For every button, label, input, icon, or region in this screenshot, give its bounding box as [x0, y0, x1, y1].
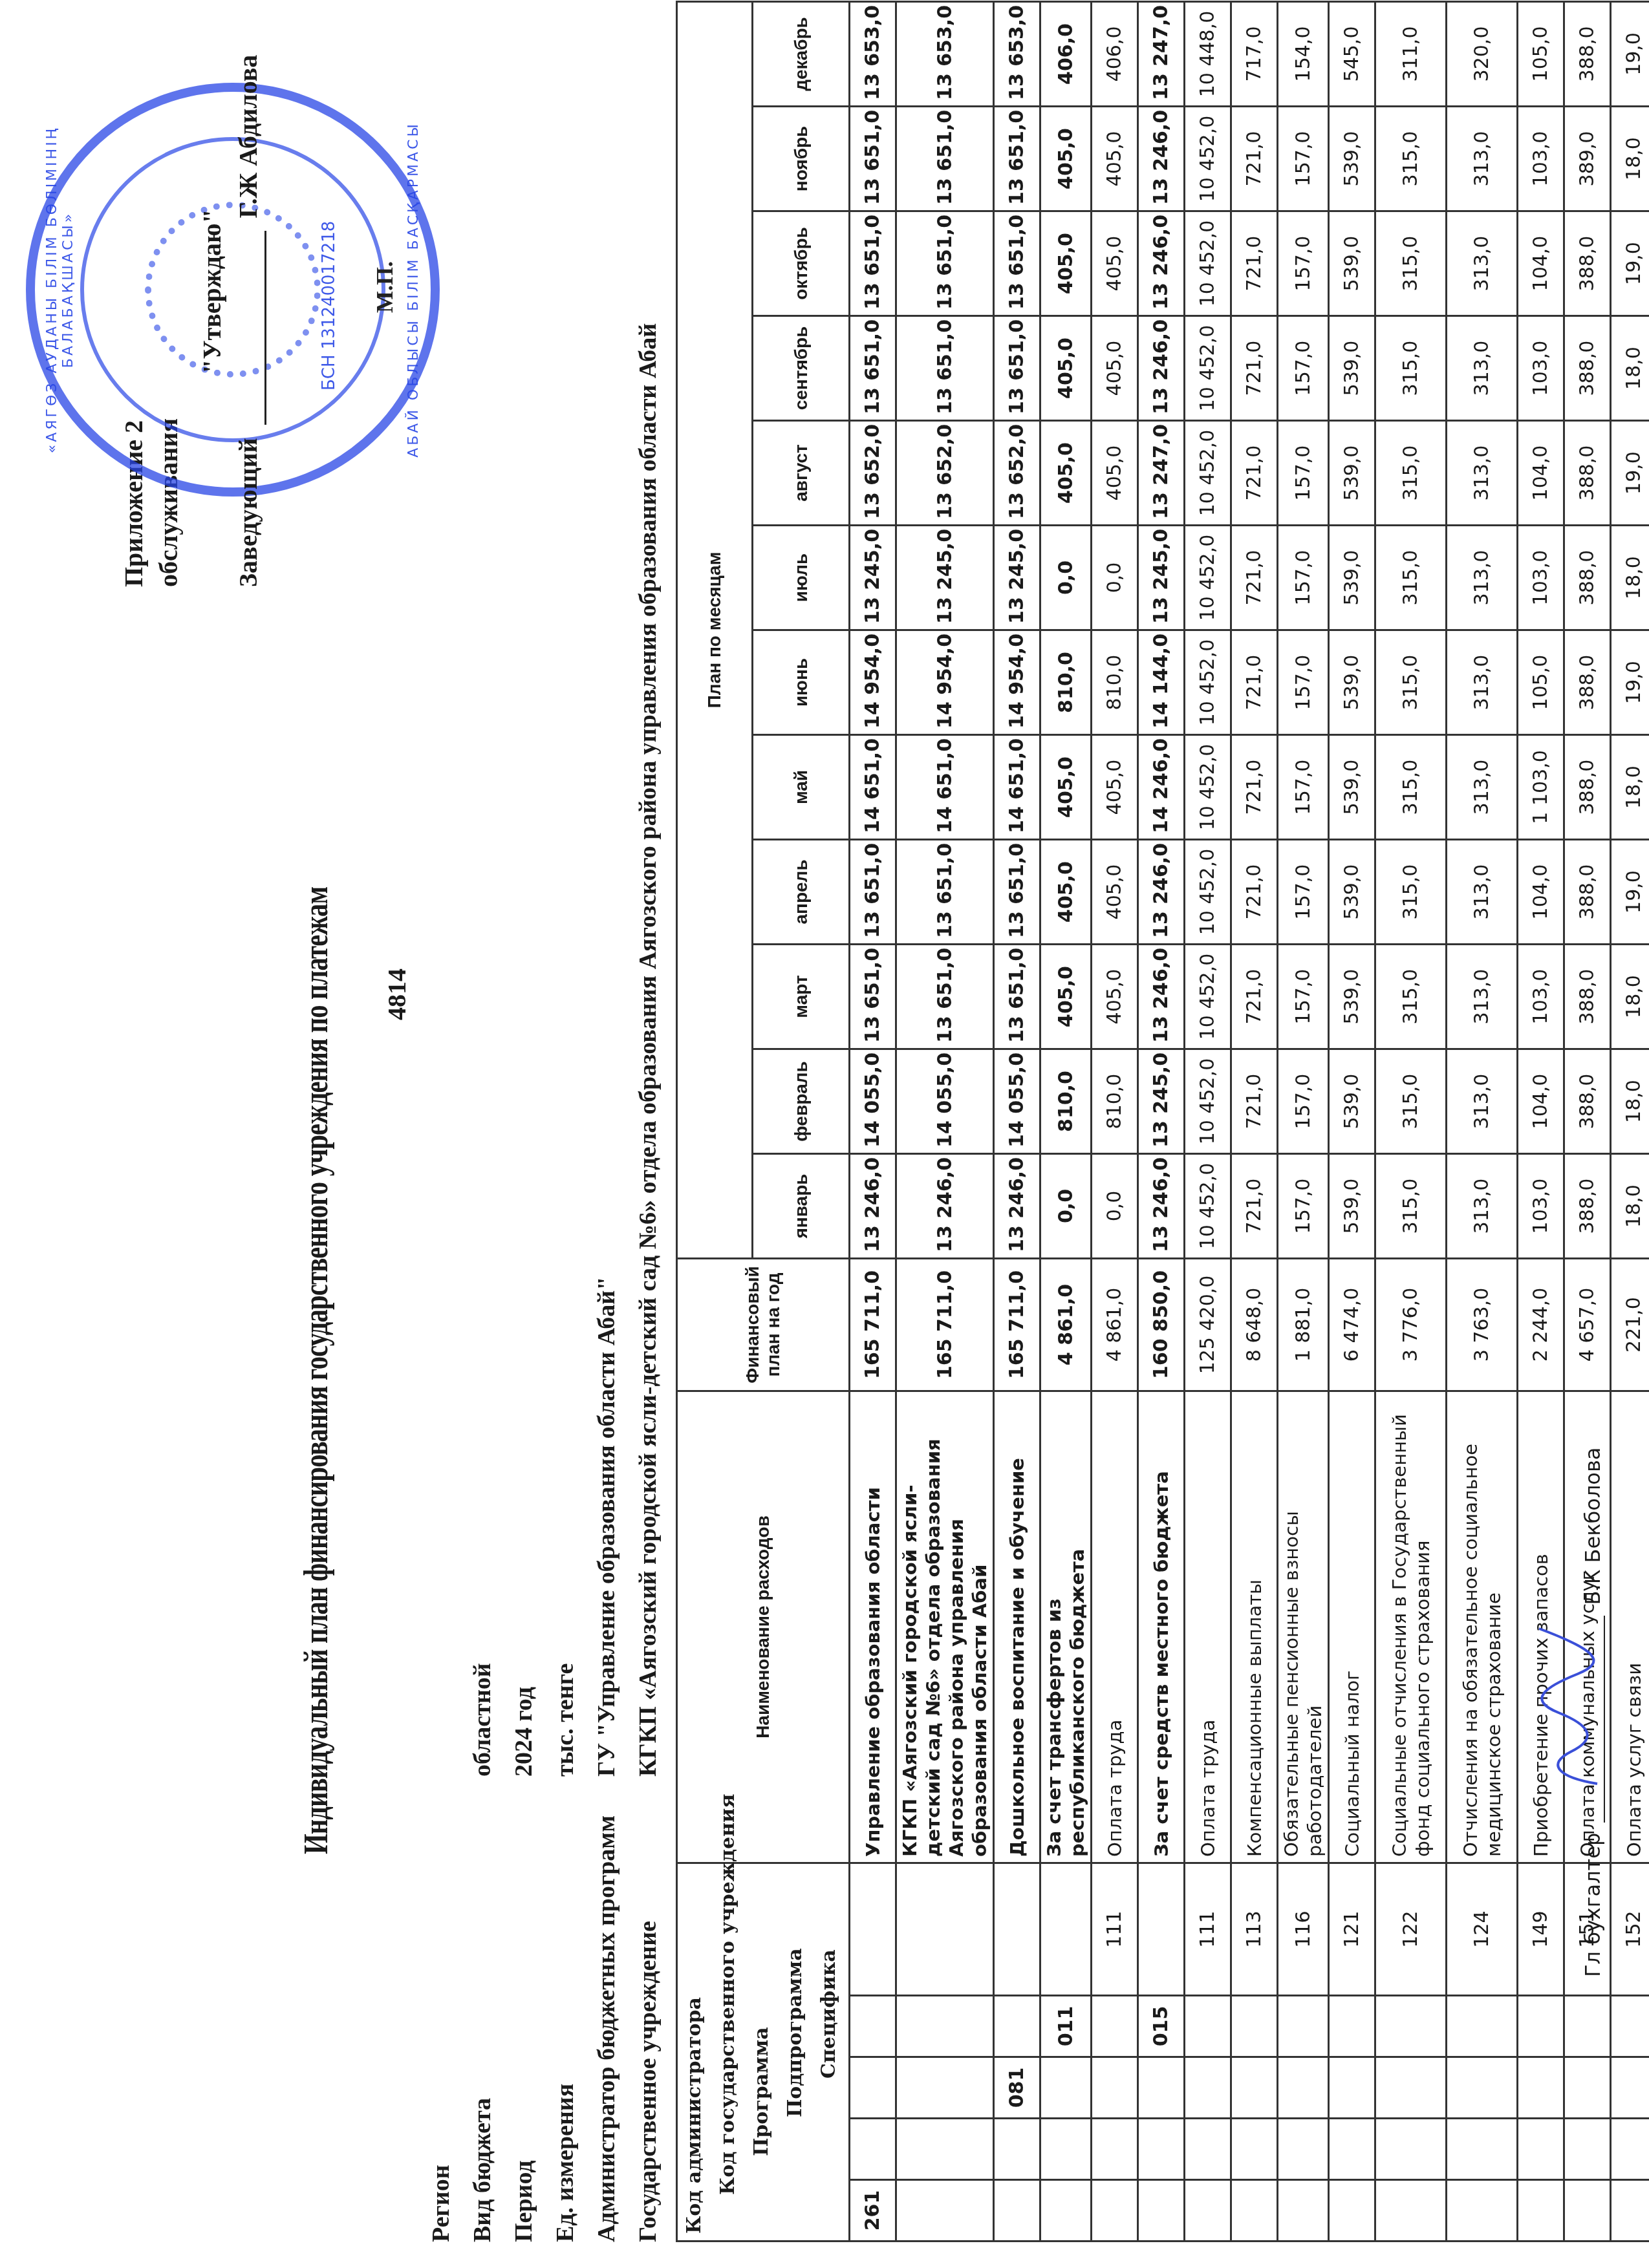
month-value-cell: 539,0 [1329, 525, 1375, 630]
month-value-cell: 13 651,0 [850, 944, 896, 1049]
annual-plan-cell: 6 474,0 [1329, 1258, 1375, 1391]
month-value-cell: 13 651,0 [896, 211, 994, 316]
subprog-code-cell [1185, 1996, 1231, 2057]
month-value-cell: 0,0 [1092, 525, 1138, 630]
prog-code-cell [1138, 2057, 1185, 2119]
month-value-cell: 18,0 [1611, 106, 1649, 211]
stamp-text-bottom: АБАЙ ОБЛЫСЫ БІЛІМ БАСҚАРМАСЫ [405, 92, 422, 487]
meta-row: Вид бюджетаобластной [462, 323, 503, 2242]
admin-code-cell [1611, 2180, 1649, 2241]
prog-code-cell [1040, 2057, 1092, 2119]
month-value-cell: 157,0 [1278, 420, 1329, 525]
month-value-cell: 157,0 [1278, 944, 1329, 1049]
month-value-cell: 405,0 [1092, 106, 1138, 211]
month-value-cell: 104,0 [1518, 1049, 1564, 1153]
expense-name-cell: Компенсационные выплаты [1231, 1391, 1278, 1863]
month-value-cell: 13 245,0 [1138, 1049, 1185, 1153]
month-value-cell: 313,0 [1447, 106, 1518, 211]
month-value-cell: 405,0 [1092, 944, 1138, 1049]
meta-value: тыс. тенге [551, 1664, 579, 1777]
month-header: апрель [753, 839, 850, 944]
month-value-cell: 388,0 [1564, 839, 1611, 944]
month-value-cell: 405,0 [1092, 734, 1138, 839]
month-value-cell: 13 245,0 [850, 525, 896, 630]
month-value-cell: 19,0 [1611, 420, 1649, 525]
month-value-cell: 13 245,0 [1138, 525, 1185, 630]
prog-code-cell [1611, 2057, 1649, 2119]
spec-code-cell: 111 [1185, 1863, 1231, 1995]
head-name: Г.Ж Абдилова [233, 55, 263, 219]
month-value-cell: 721,0 [1231, 106, 1278, 211]
annual-plan-cell: 3 776,0 [1375, 1258, 1447, 1391]
month-value-cell: 389,0 [1564, 106, 1611, 211]
month-value-cell: 721,0 [1231, 211, 1278, 316]
month-value-cell: 157,0 [1278, 1153, 1329, 1258]
month-value-cell: 103,0 [1518, 944, 1564, 1049]
month-value-cell: 13 651,0 [896, 944, 994, 1049]
month-value-cell: 18,0 [1611, 1153, 1649, 1258]
month-value-cell: 315,0 [1375, 211, 1447, 316]
month-value-cell: 721,0 [1231, 525, 1278, 630]
month-value-cell: 10 452,0 [1185, 630, 1231, 734]
month-value-cell: 13 246,0 [1138, 211, 1185, 316]
month-value-cell: 13 652,0 [850, 420, 896, 525]
month-value-cell: 545,0 [1329, 1, 1375, 106]
month-value-cell: 0,0 [1040, 1153, 1092, 1258]
month-value-cell: 717,0 [1231, 1, 1278, 106]
meta-value: ГУ "Управление образования области Абай" [592, 1277, 621, 1777]
month-value-cell: 13 651,0 [896, 106, 994, 211]
month-value-cell: 315,0 [1375, 1153, 1447, 1258]
table-row: 122Социальные отчисления в Государственн… [1375, 1, 1447, 2241]
admin-code-cell [1092, 2180, 1138, 2241]
month-value-cell: 405,0 [1040, 211, 1092, 316]
month-value-cell: 157,0 [1278, 839, 1329, 944]
table-row: 152Оплата услуг связи221,018,018,018,019… [1611, 1, 1649, 2241]
month-value-cell: 313,0 [1447, 734, 1518, 839]
table-row: 111Оплата труда125 420,010 452,010 452,0… [1185, 1, 1231, 2241]
month-value-cell: 721,0 [1231, 630, 1278, 734]
month-value-cell: 105,0 [1518, 1, 1564, 106]
month-value-cell: 104,0 [1518, 839, 1564, 944]
month-value-cell: 313,0 [1447, 420, 1518, 525]
month-value-cell: 14 055,0 [896, 1049, 994, 1153]
subprog-code-cell [1611, 1996, 1649, 2057]
month-value-cell: 721,0 [1231, 734, 1278, 839]
month-value-cell: 405,0 [1040, 316, 1092, 420]
month-value-cell: 13 651,0 [850, 106, 896, 211]
month-value-cell: 14 055,0 [994, 1049, 1040, 1153]
month-value-cell: 10 452,0 [1185, 316, 1231, 420]
subprogram-header: Подпрограмма [779, 1864, 812, 2240]
annual-plan-cell: 221,0 [1611, 1258, 1649, 1391]
expense-name-cell: Отчисления на обязательное социальное ме… [1447, 1391, 1518, 1863]
month-value-cell: 14 144,0 [1138, 630, 1185, 734]
month-value-cell: 315,0 [1375, 944, 1447, 1049]
month-value-cell: 13 651,0 [850, 316, 896, 420]
accountant-label: Гл бухгалтер [1580, 1833, 1605, 1977]
month-value-cell: 313,0 [1447, 944, 1518, 1049]
month-value-cell: 157,0 [1278, 734, 1329, 839]
prog-code-cell [1375, 2057, 1447, 2119]
admin-code-cell [1564, 2180, 1611, 2241]
month-value-cell: 13 651,0 [994, 944, 1040, 1049]
expense-name-cell: Дошкольное воспитание и обучение [994, 1391, 1040, 1863]
month-value-cell: 104,0 [1518, 211, 1564, 316]
month-value-cell: 315,0 [1375, 420, 1447, 525]
month-value-cell: 19,0 [1611, 630, 1649, 734]
month-value-cell: 103,0 [1518, 106, 1564, 211]
annual-plan-cell: 165 711,0 [850, 1258, 896, 1391]
month-value-cell: 320,0 [1447, 1, 1518, 106]
inst-code-cell [850, 2119, 896, 2180]
month-value-cell: 14 651,0 [994, 734, 1040, 839]
inst-code-cell [1375, 2119, 1447, 2180]
month-value-cell: 315,0 [1375, 525, 1447, 630]
month-value-cell: 810,0 [1040, 630, 1092, 734]
table-row: КГКП «Аягозский городской ясли-детский с… [896, 1, 994, 2241]
month-value-cell: 13 246,0 [1138, 839, 1185, 944]
month-value-cell: 13 651,0 [994, 316, 1040, 420]
month-value-cell: 406,0 [1092, 1, 1138, 106]
month-value-cell: 388,0 [1564, 525, 1611, 630]
month-value-cell: 13 651,0 [850, 211, 896, 316]
meta-row: Государственное учреждениеКГКП «Аягозски… [627, 323, 669, 2242]
approved-label: "Утверждаю" [194, 55, 230, 587]
prog-code-cell [896, 2057, 994, 2119]
month-value-cell: 315,0 [1375, 1049, 1447, 1153]
subprog-code-cell [1564, 1996, 1611, 2057]
meta-row: Регион [420, 323, 462, 2242]
month-value-cell: 311,0 [1375, 1, 1447, 106]
month-value-cell: 10 452,0 [1185, 734, 1231, 839]
head-signature-line [264, 231, 266, 425]
meta-row: Ед. измерениятыс. тенге [544, 323, 586, 2242]
prog-code-cell [1092, 2057, 1138, 2119]
month-value-cell: 13 653,0 [896, 1, 994, 106]
month-value-cell: 810,0 [1092, 1049, 1138, 1153]
inst-code-cell [1138, 2119, 1185, 2180]
subprog-code-cell [850, 1996, 896, 2057]
table-row: 015За счет средств местного бюджета160 8… [1138, 1, 1185, 2241]
document-code: 4814 [382, 968, 412, 1020]
month-value-cell: 1 103,0 [1518, 734, 1564, 839]
inst-code-cell [1447, 2119, 1518, 2180]
month-value-cell: 539,0 [1329, 211, 1375, 316]
month-value-cell: 810,0 [1092, 630, 1138, 734]
stamp-text-top: «АЯГӨЗ АУДАНЫ БІЛІМ БӨЛІМІНІҢ БАЛАБАҚШАС… [44, 92, 76, 487]
month-value-cell: 13 246,0 [896, 1153, 994, 1258]
month-value-cell: 388,0 [1564, 1049, 1611, 1153]
subprog-code-cell: 015 [1138, 1996, 1185, 2057]
month-value-cell: 315,0 [1375, 316, 1447, 420]
annual-plan-cell: 4 657,0 [1564, 1258, 1611, 1391]
month-value-cell: 313,0 [1447, 839, 1518, 944]
month-value-cell: 13 246,0 [994, 1153, 1040, 1258]
table-row: 149Приобретение прочих запасов2 244,0103… [1518, 1, 1564, 2241]
inst-code-cell [896, 2119, 994, 2180]
month-value-cell: 157,0 [1278, 316, 1329, 420]
spec-code-cell: 122 [1375, 1863, 1447, 1995]
month-value-cell: 388,0 [1564, 420, 1611, 525]
meta-label: Период [510, 1777, 538, 2242]
spec-code-cell [896, 1863, 994, 1995]
admin-code-cell [1040, 2180, 1092, 2241]
month-value-cell: 388,0 [1564, 734, 1611, 839]
month-value-cell: 13 247,0 [1138, 420, 1185, 525]
month-header: май [753, 734, 850, 839]
month-value-cell: 405,0 [1040, 420, 1092, 525]
month-value-cell: 313,0 [1447, 1153, 1518, 1258]
meta-label: Вид бюджета [468, 1777, 497, 2242]
subprog-code-cell [994, 1996, 1040, 2057]
document-meta: РегионВид бюджетаобластнойПериод2024 год… [420, 323, 669, 2242]
inst-code-cell [1092, 2119, 1138, 2180]
month-value-cell: 10 452,0 [1185, 525, 1231, 630]
expense-name-cell: Управление образования области [850, 1391, 896, 1863]
month-value-cell: 13 652,0 [896, 420, 994, 525]
spec-code-cell [994, 1863, 1040, 1995]
month-value-cell: 105,0 [1518, 630, 1564, 734]
signature-icon [1533, 1616, 1604, 1823]
month-value-cell: 721,0 [1231, 1049, 1278, 1153]
inst-code-cell [1611, 2119, 1649, 2180]
month-value-cell: 18,0 [1611, 316, 1649, 420]
admin-code-cell [1329, 2180, 1375, 2241]
month-header: февраль [753, 1049, 850, 1153]
month-value-cell: 13 246,0 [850, 1153, 896, 1258]
admin-code-cell [1375, 2180, 1447, 2241]
annual-plan-header: Финансовый план на год [677, 1258, 850, 1391]
month-value-cell: 18,0 [1611, 734, 1649, 839]
stamp-mark: М.П. [371, 261, 398, 313]
inst-code-cell [1040, 2119, 1092, 2180]
month-value-cell: 10 452,0 [1185, 211, 1231, 316]
table-row: 121Социальный налог6 474,0539,0539,0539,… [1329, 1, 1375, 2241]
prog-code-cell [1329, 2057, 1375, 2119]
prog-code-cell [1231, 2057, 1278, 2119]
head-title: Заведующий [233, 438, 263, 587]
month-value-cell: 539,0 [1329, 839, 1375, 944]
financing-plan-table: Код администратора Код государственного … [676, 1, 1649, 2242]
month-value-cell: 19,0 [1611, 839, 1649, 944]
month-value-cell: 539,0 [1329, 1153, 1375, 1258]
month-value-cell: 405,0 [1092, 211, 1138, 316]
table-row: 081Дошкольное воспитание и обучение165 7… [994, 1, 1040, 2241]
expense-name-cell: Социальный налог [1329, 1391, 1375, 1863]
spec-code-cell [850, 1863, 896, 1995]
expense-name-cell: Оплата услуг связи [1611, 1391, 1649, 1863]
expense-name-header: Наименование расходов [677, 1391, 850, 1863]
month-value-cell: 10 452,0 [1185, 106, 1231, 211]
table-row: 116Обязательные пенсионные взносы работо… [1278, 1, 1329, 2241]
annual-plan-cell: 1 881,0 [1278, 1258, 1329, 1391]
meta-row: Администратор бюджетных программГУ "Упра… [586, 323, 627, 2242]
month-value-cell: 405,0 [1092, 420, 1138, 525]
subprog-code-cell [1518, 1996, 1564, 2057]
month-value-cell: 14 651,0 [896, 734, 994, 839]
subprog-code-cell [896, 1996, 994, 2057]
month-header: март [753, 944, 850, 1049]
prog-code-cell [1278, 2057, 1329, 2119]
meta-label: Государственное учреждение [634, 1777, 662, 2242]
month-value-cell: 14 651,0 [850, 734, 896, 839]
meta-label: Ед. измерения [551, 1777, 579, 2242]
month-value-cell: 315,0 [1375, 630, 1447, 734]
expense-name-cell: За счет средств местного бюджета [1138, 1391, 1185, 1863]
expense-name-cell: Оплата труда [1092, 1391, 1138, 1863]
month-value-cell: 405,0 [1092, 839, 1138, 944]
month-value-cell: 13 246,0 [1138, 1153, 1185, 1258]
table-row: 124Отчисления на обязательное социальное… [1447, 1, 1518, 2241]
month-value-cell: 157,0 [1278, 211, 1329, 316]
spec-code-cell: 152 [1611, 1863, 1649, 1995]
admin-code-cell [994, 2180, 1040, 2241]
admin-code-cell: 261 [850, 2180, 896, 2241]
month-value-cell: 388,0 [1564, 211, 1611, 316]
admin-code-cell [1447, 2180, 1518, 2241]
month-value-cell: 539,0 [1329, 316, 1375, 420]
month-value-cell: 13 651,0 [994, 106, 1040, 211]
meta-value: КГКП «Аягозский городской ясли-детский с… [634, 323, 662, 1777]
month-value-cell: 315,0 [1375, 839, 1447, 944]
month-header: октябрь [753, 211, 850, 316]
month-header: сентябрь [753, 316, 850, 420]
month-header: ноябрь [753, 106, 850, 211]
month-value-cell: 10 452,0 [1185, 944, 1231, 1049]
spec-code-cell [1040, 1863, 1092, 1995]
annual-plan-cell: 165 711,0 [896, 1258, 994, 1391]
stamp-bin: БСН 131240017218 [319, 221, 339, 390]
month-value-cell: 539,0 [1329, 734, 1375, 839]
expense-name-cell: КГКП «Аягозский городской ясли-детский с… [896, 1391, 994, 1863]
month-value-cell: 721,0 [1231, 944, 1278, 1049]
inst-code-cell [1564, 2119, 1611, 2180]
month-value-cell: 313,0 [1447, 1049, 1518, 1153]
table-row: 113Компенсационные выплаты8 648,0721,072… [1231, 1, 1278, 2241]
codes-header: Код администратора Код государственного … [677, 1863, 850, 2241]
annual-plan-cell: 125 420,0 [1185, 1258, 1231, 1391]
spec-code-cell: 149 [1518, 1863, 1564, 1995]
subprog-code-cell [1231, 1996, 1278, 2057]
month-header: июнь [753, 630, 850, 734]
subprog-code-cell [1447, 1996, 1518, 2057]
inst-code-cell [994, 2119, 1040, 2180]
month-value-cell: 10 452,0 [1185, 420, 1231, 525]
document-sheet: Приложение 2 обслуживания «АЯГӨЗ АУДАНЫ … [0, 0, 1649, 2268]
meta-row: Период2024 год [503, 323, 544, 2242]
spec-code-cell: 124 [1447, 1863, 1518, 1995]
meta-label: Регион [427, 1777, 455, 2242]
month-value-cell: 388,0 [1564, 944, 1611, 1049]
month-value-cell: 313,0 [1447, 525, 1518, 630]
prog-code-cell [1185, 2057, 1231, 2119]
month-value-cell: 388,0 [1564, 630, 1611, 734]
accountant-signature [1578, 1616, 1605, 1823]
approval-block: "Утверждаю" Заведующий Г.Ж Абдилова [194, 55, 266, 587]
month-value-cell: 10 452,0 [1185, 1153, 1231, 1258]
month-value-cell: 13 246,0 [1138, 316, 1185, 420]
month-value-cell: 721,0 [1231, 839, 1278, 944]
prog-code-cell [1447, 2057, 1518, 2119]
month-value-cell: 14 954,0 [896, 630, 994, 734]
admin-code-cell [1231, 2180, 1278, 2241]
expense-name-cell: За счет трансфертов из республиканского … [1040, 1391, 1092, 1863]
month-value-cell: 539,0 [1329, 420, 1375, 525]
month-value-cell: 10 452,0 [1185, 1049, 1231, 1153]
annual-plan-cell: 4 861,0 [1092, 1258, 1138, 1391]
admin-code-header: Код администратора [678, 1864, 711, 2240]
month-value-cell: 103,0 [1518, 525, 1564, 630]
subprog-code-cell: 011 [1040, 1996, 1092, 2057]
month-value-cell: 154,0 [1278, 1, 1329, 106]
annual-plan-cell: 160 850,0 [1138, 1258, 1185, 1391]
month-header: август [753, 420, 850, 525]
month-header: июль [753, 525, 850, 630]
month-value-cell: 405,0 [1092, 316, 1138, 420]
month-value-cell: 104,0 [1518, 420, 1564, 525]
inst-code-cell [1185, 2119, 1231, 2180]
subprog-code-cell [1092, 1996, 1138, 2057]
month-value-cell: 315,0 [1375, 106, 1447, 211]
annual-plan-cell: 165 711,0 [994, 1258, 1040, 1391]
specific-header: Специфика [812, 1864, 846, 2240]
month-value-cell: 313,0 [1447, 211, 1518, 316]
month-value-cell: 721,0 [1231, 420, 1278, 525]
prog-code-cell [850, 2057, 896, 2119]
month-value-cell: 18,0 [1611, 525, 1649, 630]
month-value-cell: 0,0 [1092, 1153, 1138, 1258]
month-value-cell: 810,0 [1040, 1049, 1092, 1153]
admin-code-cell [896, 2180, 994, 2241]
month-value-cell: 313,0 [1447, 316, 1518, 420]
month-header: декабрь [753, 1, 850, 106]
month-value-cell: 10 448,0 [1185, 1, 1231, 106]
spec-code-cell: 116 [1278, 1863, 1329, 1995]
meta-value: 2024 год [510, 1687, 538, 1777]
month-value-cell: 103,0 [1518, 316, 1564, 420]
expense-name-cell: Социальные отчисления в Государственный … [1375, 1391, 1447, 1863]
monthly-plan-header: План по месяцам [677, 1, 753, 1258]
month-value-cell: 13 246,0 [1138, 944, 1185, 1049]
month-value-cell: 13 651,0 [994, 211, 1040, 316]
month-value-cell: 388,0 [1564, 1153, 1611, 1258]
month-value-cell: 405,0 [1040, 839, 1092, 944]
subprog-code-cell [1278, 1996, 1329, 2057]
month-value-cell: 19,0 [1611, 211, 1649, 316]
month-value-cell: 539,0 [1329, 1049, 1375, 1153]
prog-code-cell: 081 [994, 2057, 1040, 2119]
month-value-cell: 157,0 [1278, 525, 1329, 630]
month-header: январь [753, 1153, 850, 1258]
meta-label: Администратор бюджетных программ [592, 1777, 621, 2242]
month-value-cell: 10 452,0 [1185, 839, 1231, 944]
month-value-cell: 14 055,0 [850, 1049, 896, 1153]
institution-code-header: Код государственного учреждения [711, 1864, 745, 2240]
month-value-cell: 405,0 [1040, 944, 1092, 1049]
footer-signature: Гл бухгалтер Б.К Бекболова [1578, 1448, 1605, 1977]
annual-plan-cell: 8 648,0 [1231, 1258, 1278, 1391]
document-title: Индивидуальный план финансирования госуд… [297, 745, 336, 1854]
month-value-cell: 13 651,0 [896, 316, 994, 420]
month-value-cell: 0,0 [1040, 525, 1092, 630]
month-value-cell: 157,0 [1278, 106, 1329, 211]
prog-code-cell [1564, 2057, 1611, 2119]
month-value-cell: 13 651,0 [994, 839, 1040, 944]
month-value-cell: 405,0 [1040, 106, 1092, 211]
month-value-cell: 19,0 [1611, 1, 1649, 106]
annual-plan-cell: 3 763,0 [1447, 1258, 1518, 1391]
